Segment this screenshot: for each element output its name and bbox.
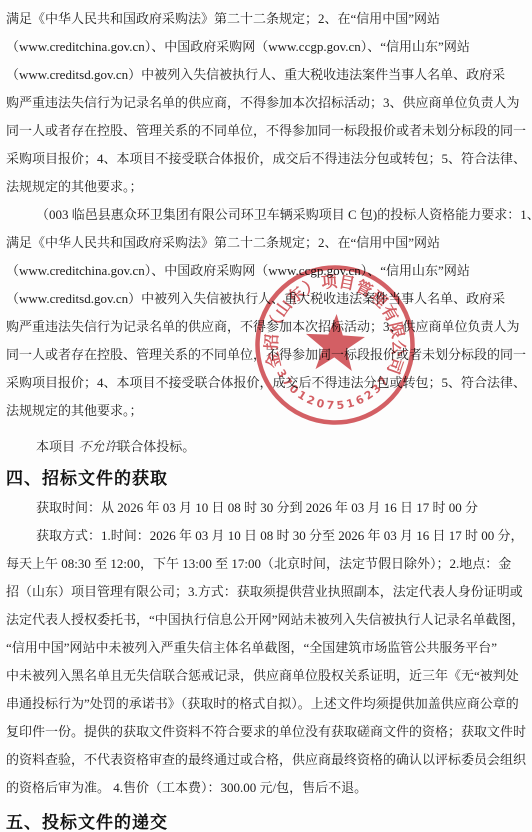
paragraph-qualification-c: （003 临邑县惠众环卫集团有限公司环卫车辆采购项目 C 包)的投标人资格能力要… bbox=[6, 201, 526, 425]
text-line: （www.creditchina.gov.cn）、中国政府采购网（www.ccg… bbox=[6, 257, 526, 285]
statement-prefix: 本项目 bbox=[36, 439, 78, 454]
section-heading-4-obtain-documents: 四、招标文件的获取 bbox=[6, 464, 526, 494]
text-line: 获取方式：1.时间：2026 年 03 月 10 日 08 时 30 分至 20… bbox=[6, 522, 526, 550]
text-line: 法规规定的其他要求。； bbox=[6, 397, 526, 425]
text-line: 购严重违法失信行为记录名单的供应商，不得参加本次招标活动；3、供应商单位负责人为 bbox=[6, 89, 526, 117]
text-line: 法定代表人授权委托书，“中国执行信息公开网”网站未被列入失信被执行人记录名单截图… bbox=[6, 606, 526, 634]
text-line: 每天上午 08:30 至 12:00，下午 13:00 至 17:00（北京时间… bbox=[6, 550, 526, 578]
text-line: 串通投标行为”处罚的承诺书》（获取时的格式自拟）。上述文件均须提供加盖供应商公章… bbox=[6, 690, 526, 718]
text-line: 招（山东）项目管理有限公司；3.方式：获取须提供营业执照副本，法定代表人身份证明… bbox=[6, 578, 526, 606]
no-consortium-statement: 本项目 不允许联合体投标。 bbox=[6, 433, 526, 461]
text-line: 满足《中华人民共和国政府采购法》第二十二条规定；2、在“信用中国”网站 bbox=[6, 229, 526, 257]
text-line: 的资格后审为准。 4.售价（工本费）：300.00 元/包，售后不退。 bbox=[6, 774, 526, 802]
text-line: 的资料查验，不代表资格审查的最终通过或合格，供应商最终资格的确认以评标委员会组织 bbox=[6, 746, 526, 774]
text-line: （www.creditsd.gov.cn）中被列入失信被执行人、重大税收违法案件… bbox=[6, 285, 526, 313]
text-line: “信用中国”网站中未被列入严重失信主体名单截图，“全国建筑市场监管公共服务平台” bbox=[6, 634, 526, 662]
text-line: 满足《中华人民共和国政府采购法》第二十二条规定；2、在“信用中国”网站 bbox=[6, 5, 526, 33]
statement-emphasis: 不允许 bbox=[78, 439, 117, 454]
paragraph-qualification-b: 满足《中华人民共和国政府采购法》第二十二条规定；2、在“信用中国”网站 （www… bbox=[6, 5, 526, 201]
text-line: （www.creditsd.gov.cn）中被列入失信被执行人、重大税收违法案件… bbox=[6, 61, 526, 89]
text-line: 同一人或者存在控股、管理关系的不同单位，不得参加同一标段报价或者未划分标段的同一 bbox=[6, 341, 526, 369]
statement-suffix: 联合体投标。 bbox=[117, 439, 195, 454]
text-line: 获取时间：从 2026 年 03 月 10 日 08 时 30 分到 2026 … bbox=[6, 494, 526, 522]
text-line: 中未被列入黑名单且无失信联合惩戒记录，供应商单位股权关系证明，近三年《无“被判处 bbox=[6, 662, 526, 690]
text-line: 购严重违法失信行为记录名单的供应商，不得参加本次招标活动；3、供应商单位负责人为 bbox=[6, 313, 526, 341]
text-line: 采购项目报价；4、本项目不接受联合体报价，成交后不得违法分包或转包；5、符合法律… bbox=[6, 369, 526, 397]
document-page: 满足《中华人民共和国政府采购法》第二十二条规定；2、在“信用中国”网站 （www… bbox=[0, 0, 532, 832]
text-line: 复印件一份。提供的获取文件资料不符合要求的单位没有获取磋商文件的资格；获取文件时 bbox=[6, 718, 526, 746]
section-4-body: 获取时间：从 2026 年 03 月 10 日 08 时 30 分到 2026 … bbox=[6, 494, 526, 802]
section-heading-5-bid-submission: 五、投标文件的递交 bbox=[6, 808, 526, 832]
text-line: 法规规定的其他要求。； bbox=[6, 173, 526, 201]
text-line: 同一人或者存在控股、管理关系的不同单位，不得参加同一标段报价或者未划分标段的同一 bbox=[6, 117, 526, 145]
text-line: （www.creditchina.gov.cn）、中国政府采购网（www.ccg… bbox=[6, 33, 526, 61]
text-line: （003 临邑县惠众环卫集团有限公司环卫车辆采购项目 C 包)的投标人资格能力要… bbox=[6, 201, 526, 229]
text-line: 采购项目报价；4、本项目不接受联合体报价，成交后不得违法分包或转包；5、符合法律… bbox=[6, 145, 526, 173]
